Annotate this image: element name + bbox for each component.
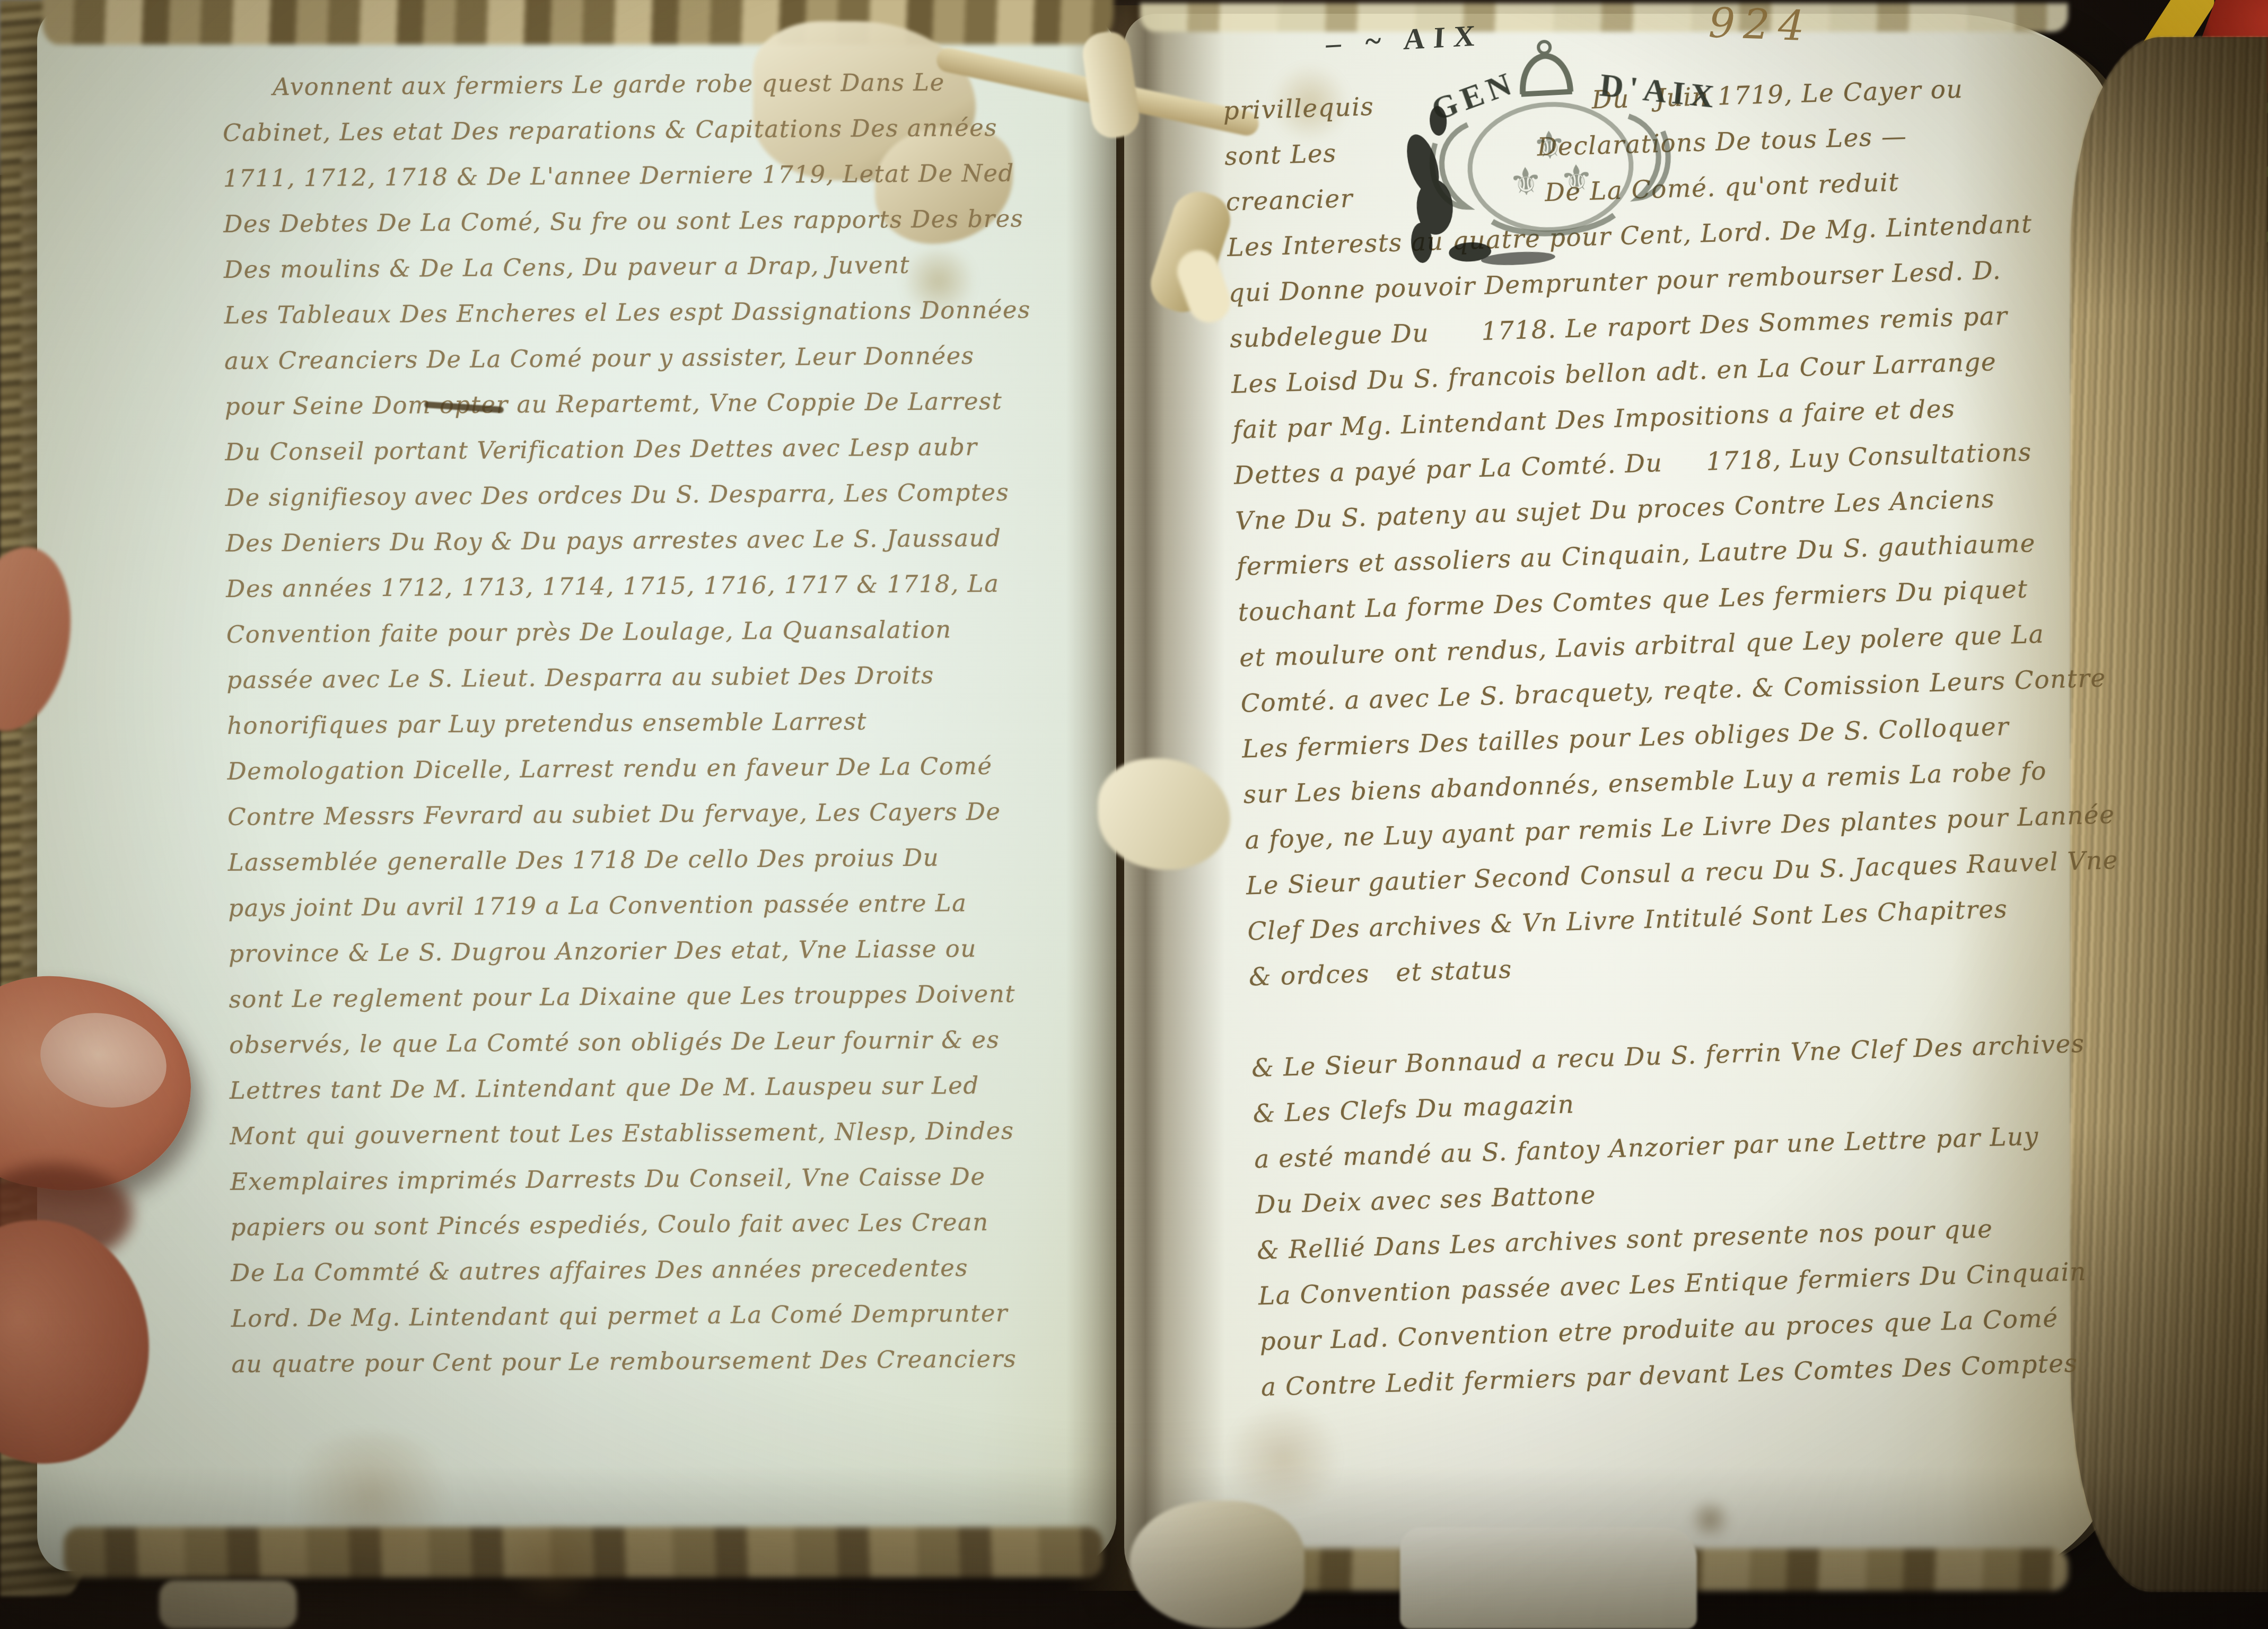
- manuscript-line: Lord. De Mg. Lintendant qui permet a La …: [231, 1290, 1133, 1342]
- fleur-de-lis-icons: ⚜ ⚜ ⚜: [1506, 121, 1595, 205]
- page-number: 924: [1707, 0, 1814, 50]
- paper-scrap: [1400, 1527, 1697, 1629]
- manuscript-line: Convention faite pour près De Loulage, L…: [226, 606, 1128, 658]
- paper-stain: [1686, 1501, 1734, 1538]
- manuscript-line: aux Creanciers De La Comé pour y assiste…: [224, 332, 1126, 384]
- manuscript-line: province & Le S. Dugrou Anzorier Des eta…: [229, 925, 1131, 977]
- right-page-manuscript-text: privillequis Du Juin 1719, Le Cayer ouso…: [1222, 63, 2141, 1411]
- manuscript-line: Du Conseil portant Verification Des Dett…: [225, 423, 1127, 475]
- svg-text:⚜: ⚜: [1508, 159, 1544, 205]
- manuscript-line: au quatre pour Cent pour Le remboursemen…: [231, 1335, 1133, 1387]
- manuscript-line: sont Le reglement pour La Dixaine que Le…: [229, 970, 1131, 1022]
- manuscript-line: observés, le que La Comté son obligés De…: [229, 1016, 1131, 1068]
- paper-scrap: [159, 1580, 297, 1629]
- manuscript-line: De La Commté & autres affaires Des année…: [231, 1244, 1133, 1296]
- manuscript-line: pays joint Du avril 1719 a La Convention…: [228, 879, 1130, 931]
- manuscript-line: Exemplaires imprimés Darrests Du Conseil…: [230, 1153, 1132, 1205]
- paper-stain: [1220, 1405, 1347, 1511]
- manuscript-line: Cabinet, Les etat Des reparations & Capi…: [223, 104, 1125, 156]
- paper-stain: [493, 1527, 610, 1601]
- manuscript-line: Avonnent aux fermiers Le garde robe ques…: [222, 58, 1124, 110]
- manuscript-line: Des années 1712, 1713, 1714, 1715, 1716,…: [226, 560, 1128, 612]
- manuscript-line: honorifiques par Luy pretendus ensemble …: [227, 697, 1129, 749]
- svg-text:⚜: ⚜: [1558, 156, 1595, 202]
- generalite-aix-stamp: ⚜ ⚜ ⚜ GEN D'AIX: [1379, 15, 1741, 277]
- manuscript-line: Des moulins & De La Cens, Du paveur a Dr…: [224, 241, 1126, 293]
- manuscript-line: Des Debtes De La Comé, Su fre ou sont Le…: [223, 195, 1125, 247]
- manuscript-line: papiers ou sont Pincés espediés, Coulo f…: [230, 1198, 1132, 1250]
- manuscript-line: Demologation Dicelle, Larrest rendu en f…: [227, 742, 1129, 794]
- manuscript-line: Mont qui gouvernent tout Les Establissem…: [230, 1107, 1132, 1159]
- stamp-text-daix: D'AIX: [1598, 67, 1721, 115]
- manuscript-line: Les Tableaux Des Encheres el Les espt Da…: [224, 286, 1126, 338]
- manuscript-line: pour Seine Dom opter au Repartemt, Vne C…: [225, 378, 1127, 430]
- manuscript-line: passée avec Le S. Lieut. Desparra au sub…: [226, 651, 1128, 703]
- manuscript-line: De signifiesoy avec Des ordces Du S. Des…: [225, 469, 1127, 521]
- manuscript-line: Des Deniers Du Roy & Du pays arrestes av…: [225, 514, 1127, 566]
- paper-scrap: [1129, 1501, 1304, 1629]
- manuscript-line: 1711, 1712, 1718 & De L'annee Derniere 1…: [223, 150, 1125, 202]
- left-page-torn-top-edge: [42, 0, 1114, 45]
- manuscript-line: Lettres tant De M. Lintendant que De M. …: [230, 1062, 1132, 1114]
- manuscript-line: Contre Messrs Fevrard au subiet Du ferva…: [227, 788, 1129, 840]
- left-page-manuscript-text: Avonnent aux fermiers Le garde robe ques…: [222, 58, 1133, 1387]
- paper-stain: [276, 1432, 467, 1559]
- manuscript-line: Lassemblée generalle Des 1718 De cello D…: [228, 834, 1130, 886]
- photo-of-open-manuscript-book: Avonnent aux fermiers Le garde robe ques…: [0, 0, 2268, 1629]
